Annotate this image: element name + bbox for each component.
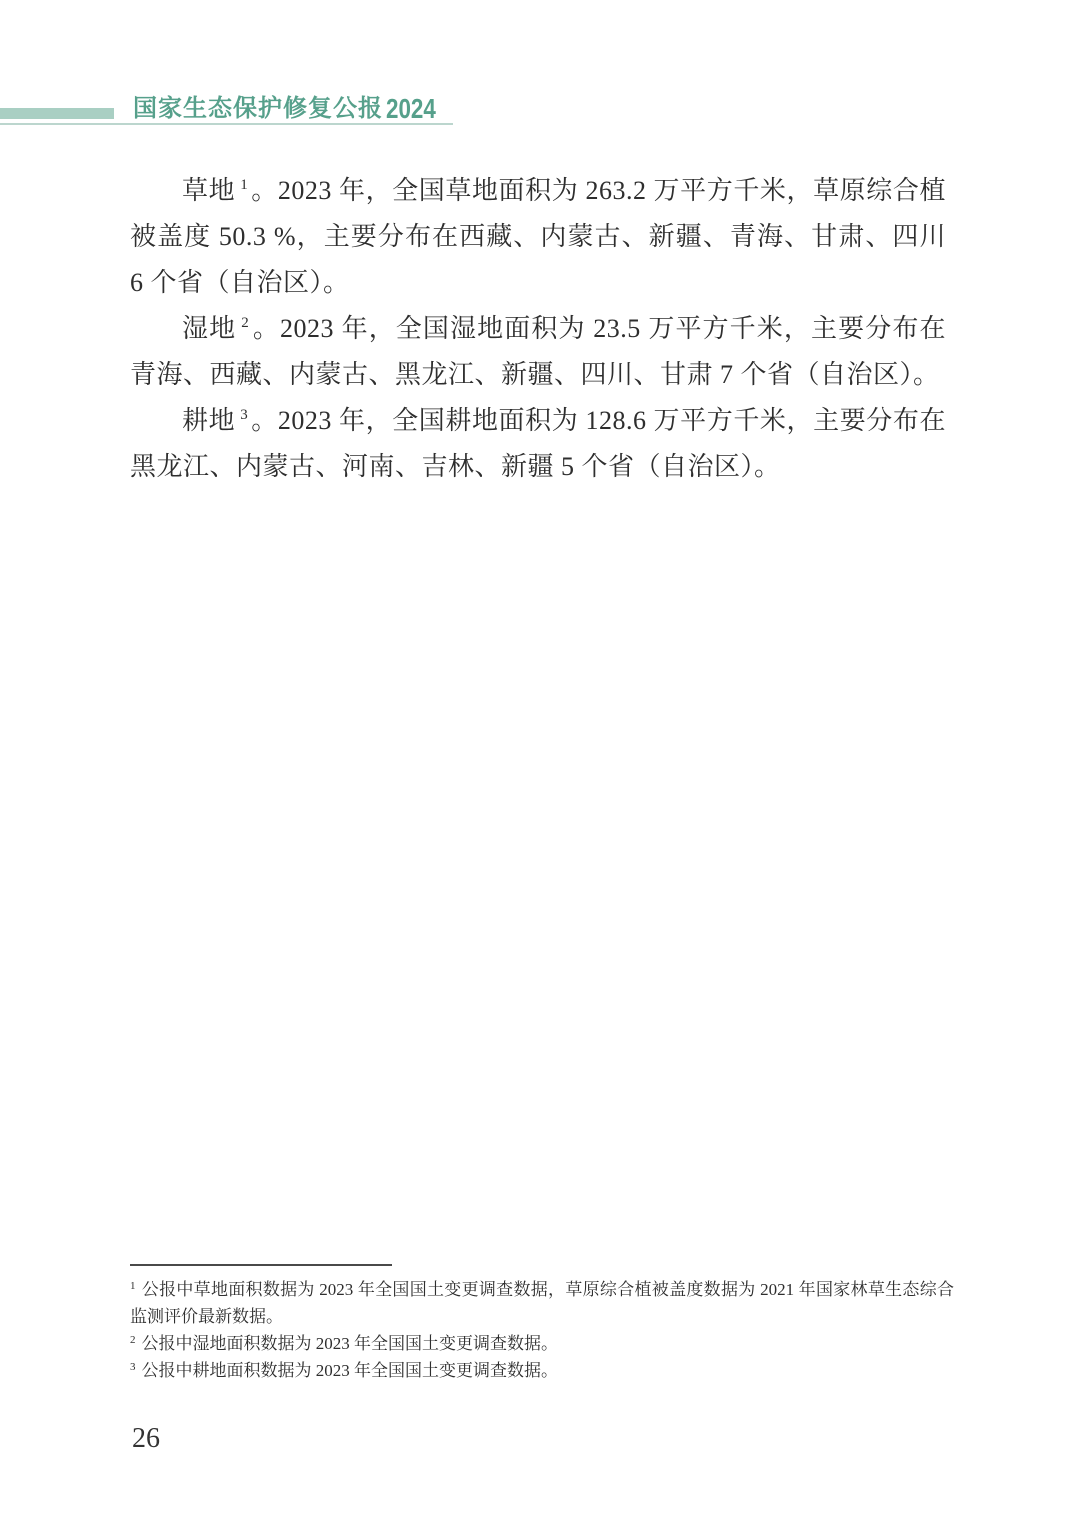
footnote-3-marker: 3 — [130, 1361, 136, 1373]
footnote-ref-2: 2 — [241, 315, 249, 331]
footnote-1-marker: 1 — [130, 1280, 136, 1292]
footnote-2-marker: 2 — [130, 1334, 136, 1346]
paragraph-wetland: 湿地2。2023 年，全国湿地面积为 23.5 万平方千米，主要分布在青海、西藏… — [130, 306, 946, 398]
paragraph-wetland-text: 。2023 年，全国湿地面积为 23.5 万平方千米，主要分布在青海、西藏、内蒙… — [130, 314, 946, 389]
term-grassland: 草地 — [182, 176, 235, 205]
body-text: 草地1。2023 年，全国草地面积为 263.2 万平方千米，草原综合植被盖度 … — [130, 168, 946, 490]
paragraph-grassland: 草地1。2023 年，全国草地面积为 263.2 万平方千米，草原综合植被盖度 … — [130, 168, 946, 306]
page-number: 26 — [132, 1423, 160, 1455]
footnote-ref-1: 1 — [240, 177, 248, 193]
paragraph-cultivated-land-text: 。2023 年，全国耕地面积为 128.6 万平方千米，主要分布在黑龙江、内蒙古… — [130, 406, 946, 481]
header-rule — [0, 123, 453, 125]
term-cultivated-land: 耕地 — [182, 406, 235, 435]
term-wetland: 湿地 — [182, 314, 236, 343]
footnote-1-text: 公报中草地面积数据为 2023 年全国国土变更调查数据，草原综合植被盖度数据为 … — [130, 1280, 954, 1326]
document-page: 国家生态保护修复公报2024 草地1。2023 年，全国草地面积为 263.2 … — [0, 0, 1080, 1527]
paragraph-cultivated-land: 耕地3。2023 年，全国耕地面积为 128.6 万平方千米，主要分布在黑龙江、… — [130, 398, 946, 490]
footnote-separator-rule — [130, 1264, 392, 1266]
page-header-title: 国家生态保护修复公报2024 — [133, 94, 448, 124]
footnote-2-text: 公报中湿地面积数据为 2023 年全国国土变更调查数据。 — [142, 1334, 559, 1353]
header-accent-bar — [0, 108, 114, 119]
footnote-3: 3公报中耕地面积数据为 2023 年全国国土变更调查数据。 — [130, 1357, 954, 1384]
footnote-2: 2公报中湿地面积数据为 2023 年全国国土变更调查数据。 — [130, 1330, 954, 1357]
footnote-3-text: 公报中耕地面积数据为 2023 年全国国土变更调查数据。 — [142, 1361, 559, 1380]
report-year: 2024 — [386, 94, 436, 124]
paragraph-grassland-text: 。2023 年，全国草地面积为 263.2 万平方千米，草原综合植被盖度 50.… — [130, 176, 946, 297]
report-title: 国家生态保护修复公报 — [133, 95, 383, 122]
footnote-1: 1公报中草地面积数据为 2023 年全国国土变更调查数据，草原综合植被盖度数据为… — [130, 1276, 954, 1330]
footnotes-section: 1公报中草地面积数据为 2023 年全国国土变更调查数据，草原综合植被盖度数据为… — [130, 1264, 954, 1384]
footnote-ref-3: 3 — [240, 407, 248, 423]
